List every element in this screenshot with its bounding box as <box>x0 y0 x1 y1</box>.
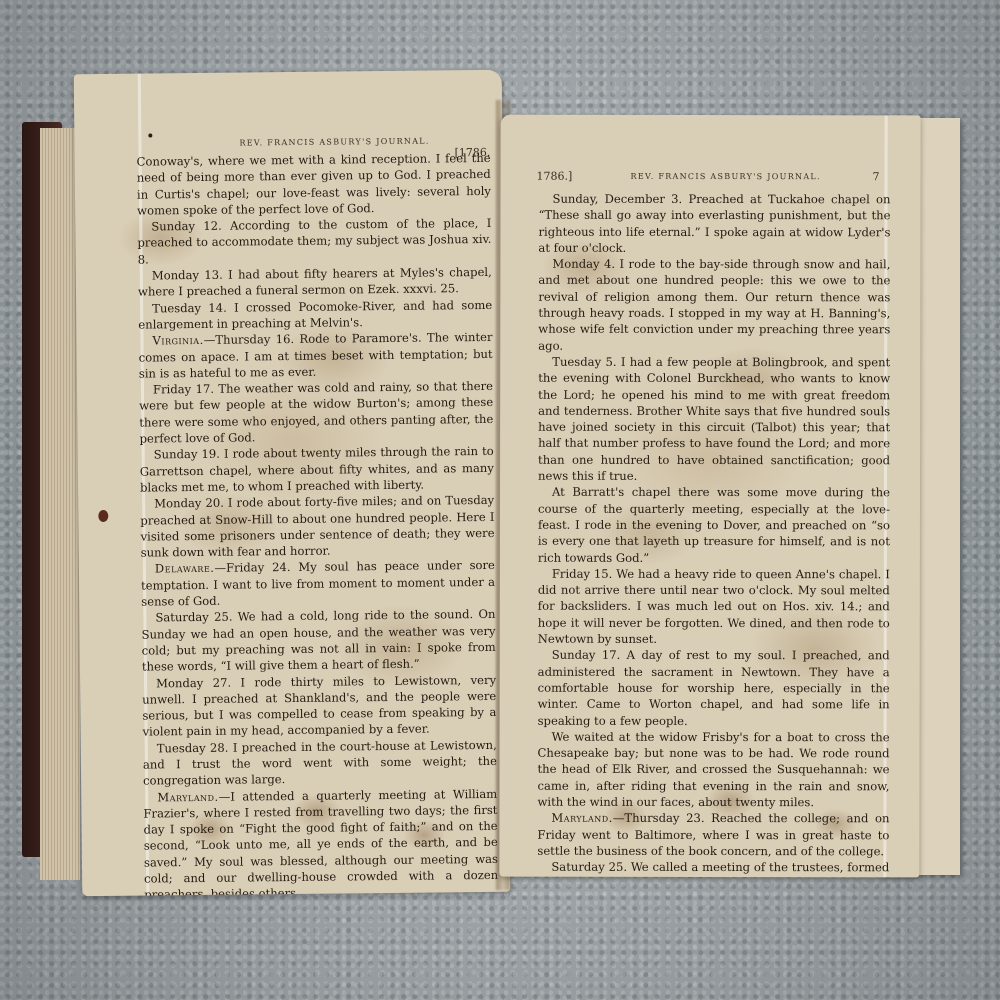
paragraph: Tuesday 14. I crossed Pocomoke-River, an… <box>138 297 492 333</box>
paragraph: Conoway's, where we met with a kind rece… <box>137 150 492 219</box>
paragraph: Friday 15. We had a heavy ride to queen … <box>538 566 890 648</box>
paragraph: Monday 4. I rode to the bay-side through… <box>538 256 890 354</box>
state-heading: Virginia. <box>152 333 203 348</box>
paragraph: Maryland.—I attended a quarterly meeting… <box>143 785 498 896</box>
left-page: Rev. Francis Asbury's Journal. [1786. Co… <box>74 70 511 896</box>
paragraph: Virginia.—Thursday 16. Rode to Paramore'… <box>138 329 492 382</box>
paragraph: Monday 13. I had about fifty hearers at … <box>138 264 492 300</box>
pin-hole <box>148 133 152 137</box>
state-heading: Delaware. <box>155 561 215 576</box>
right-page: 1786.] Rev. Francis Asbury's Journal. 7 … <box>499 115 920 878</box>
paragraph: Saturday 25. We called a meeting of the … <box>537 859 889 877</box>
ink-stain <box>98 510 108 522</box>
paragraph: Sunday 17. A day of rest to my soul. I p… <box>538 647 890 729</box>
state-heading: Maryland. <box>157 789 219 804</box>
paragraph: We waited at the widow Frisby's for a bo… <box>537 728 889 810</box>
page-year-right: 1786.] <box>537 170 573 183</box>
paragraph: At Barratt's chapel there was some move … <box>538 484 890 566</box>
state-heading: Maryland. <box>551 811 612 825</box>
left-page-body: Conoway's, where we met with a kind rece… <box>137 150 499 896</box>
paragraph: Tuesday 5. I had a few people at Bolingb… <box>538 354 890 485</box>
paragraph: Sunday, December 3. Preached at Tuckahoe… <box>538 191 890 257</box>
paragraph: Sunday 12. According to the custom of th… <box>137 215 491 268</box>
paragraph: Friday 17. The weather was cold and rain… <box>139 378 494 447</box>
paragraph: Delaware.—Friday 24. My soul has peace u… <box>141 557 495 610</box>
paragraph: Monday 20. I rode about forty-five miles… <box>140 492 495 561</box>
running-head-right: Rev. Francis Asbury's Journal. <box>631 172 821 181</box>
right-page-body: Sunday, December 3. Preached at Tuckahoe… <box>537 191 890 878</box>
paragraph: Sunday 19. I rode about twenty miles thr… <box>140 443 494 496</box>
page-block-edge <box>40 128 80 880</box>
paragraph: Monday 27. I rode thirty miles to Lewist… <box>142 671 497 740</box>
paragraph: Saturday 25. We had a cold, long ride to… <box>141 606 496 675</box>
page-number: 7 <box>873 170 880 183</box>
running-head-left: Rev. Francis Asbury's Journal. <box>239 137 429 148</box>
paragraph: Maryland.—Thursday 23. Reached the colle… <box>537 810 889 860</box>
paragraph: Tuesday 28. I preached in the court-hous… <box>143 737 497 790</box>
